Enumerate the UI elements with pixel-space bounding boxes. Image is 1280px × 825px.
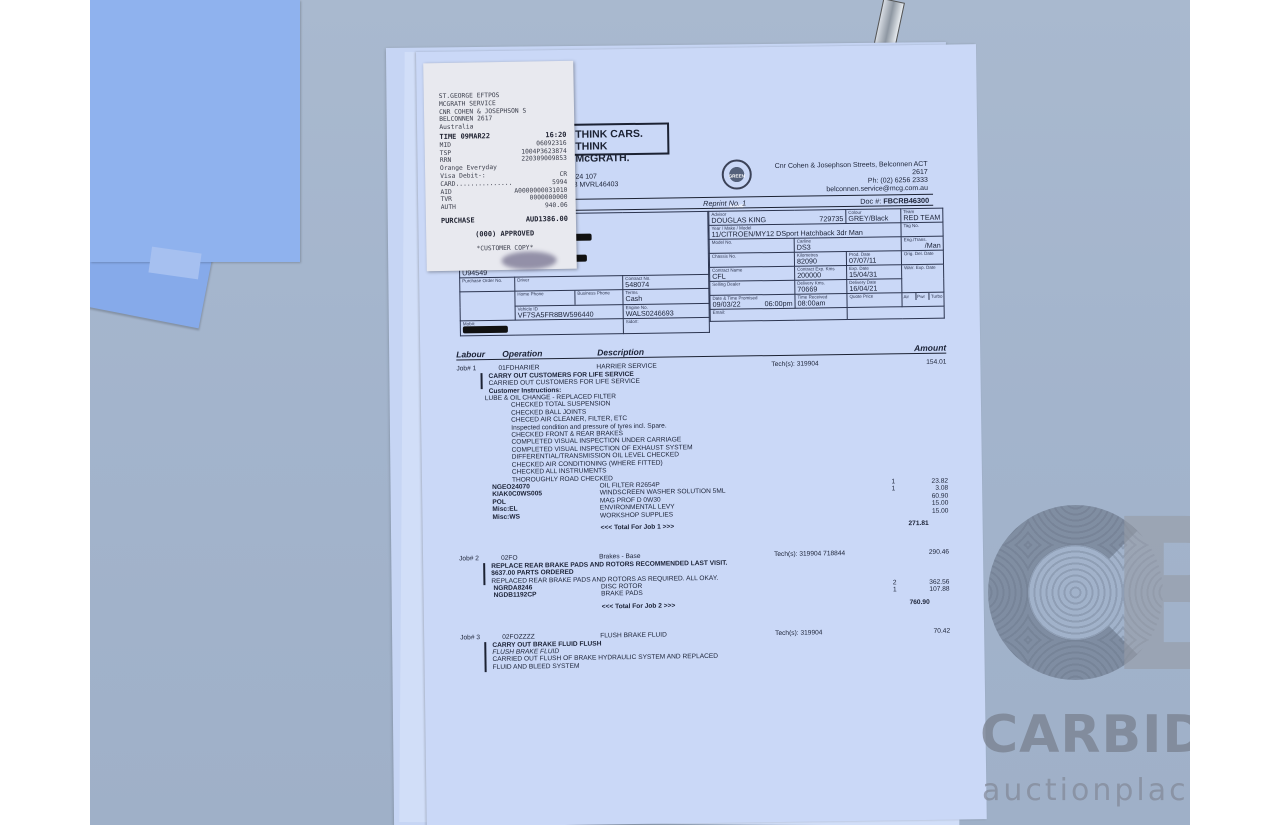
job-label: Job# <box>460 634 474 641</box>
contract-km-cell: Contract Exp. Kms200000 <box>795 266 847 281</box>
time-label: TIME <box>439 133 456 141</box>
part-qty <box>884 508 904 516</box>
page-number: of 2 <box>558 198 703 210</box>
job-label: Job# <box>456 366 470 373</box>
chassis-cell: Chassis No. <box>709 252 794 267</box>
advisor-id: 729735 <box>819 215 843 223</box>
job-no: 2 <box>475 556 479 563</box>
terms-cell: TermsCash <box>623 288 709 304</box>
tag-label: Tag No. <box>903 223 940 229</box>
watermark-sub: auctionplace <box>982 773 1190 808</box>
receipt-key: TVR <box>441 196 453 204</box>
contract-name-cell: Contract NameCFL <box>710 266 795 281</box>
col-labour: Labour <box>456 351 502 359</box>
job-label: Job# <box>459 556 473 563</box>
job-bar <box>483 563 485 585</box>
receipt-key: AID <box>440 188 452 196</box>
warranty-cell: Warr. Exp. Date <box>902 264 944 293</box>
purchase-label: PURCHASE <box>441 217 475 225</box>
col-amount: Amount <box>886 345 946 353</box>
model-label: Model No. <box>712 239 792 245</box>
delivery-date-value: 16/04/21 <box>849 284 899 293</box>
driver-label: Driver <box>517 276 620 282</box>
redacted-mobile <box>463 326 508 334</box>
tech-ids: Tech(s): 319904 <box>775 629 885 638</box>
labour-amount: 154.01 <box>901 359 946 367</box>
parts-list: NGEO24070OIL FILTER R2654P123.82KIAK0C0W… <box>458 478 948 522</box>
watermark-brand: CARBIDS <box>980 705 1190 765</box>
part-amount: 15.00 <box>904 507 949 515</box>
exp-value: 15/04/31 <box>849 270 899 279</box>
dealer-cell: Selling Dealer <box>710 280 795 295</box>
receipt-key: CARD............... <box>440 180 512 189</box>
delivery-date-cell: Delivery Date16/04/21 <box>847 279 902 294</box>
orig-del-cell: Orig. Del. Date <box>901 250 943 265</box>
total-value: 760.90 <box>885 599 930 607</box>
quote-cell: Quote Price <box>847 293 902 308</box>
green-stamp-icon: GREEN STAMP <box>722 159 752 189</box>
colour-value: GREY/Black <box>848 214 898 223</box>
colour-cell: ColourGREY/Black <box>846 209 901 224</box>
total-value: 271.81 <box>884 520 929 528</box>
col-operation: Operation <box>502 349 597 358</box>
home-phone-label: Home Phone <box>515 291 575 306</box>
driver-cell: Driver <box>515 276 623 292</box>
warr-label: Warr. Exp. Date <box>904 265 941 271</box>
km-value: 82090 <box>797 257 844 266</box>
job-3: Job# 3 02FOZZZZ FLUSH BRAKE FLUID Tech(s… <box>460 628 950 672</box>
receipt-key: AUTH <box>441 204 456 212</box>
receipt-date: 09MAR22 <box>460 132 490 141</box>
part-amount: 107.88 <box>905 586 950 594</box>
job-bar <box>480 374 482 390</box>
engtrans-cell: Eng./Trans./Man <box>901 236 943 251</box>
dealer-label: Selling Dealer <box>712 281 792 287</box>
job-total: <<< Total For Job 1 >>> 271.81 <box>459 520 949 534</box>
exp-cell: Exp. Date15/04/31 <box>847 265 902 280</box>
total-label: <<< Total For Job 1 >>> <box>601 520 884 531</box>
part-code: Misc:WS <box>458 512 600 521</box>
loose-paper <box>90 0 300 262</box>
received-value: 08:00am <box>797 299 844 308</box>
approval-status: (000) APPROVED <box>441 230 568 240</box>
terms-value: Cash <box>625 294 706 303</box>
sido-label: Sido#: <box>626 318 707 324</box>
job-2: Job# 2 02FO Brakes - Base Tech(s): 31990… <box>459 549 950 613</box>
phones-cell: Home Phone Business Phone <box>515 290 623 307</box>
tech-ids: Tech(s): 319904 <box>771 360 881 369</box>
promised-date: 09/03/22 <box>712 299 740 308</box>
job-number: Job# 3 <box>460 634 492 642</box>
job-number: Job# 1 <box>456 365 488 373</box>
blank-cell <box>847 306 944 319</box>
engtrans-value: /Man <box>904 242 941 251</box>
promised-cell: Date & Time Promised09/03/22 06:00pm <box>710 294 795 309</box>
receipt-key: MID <box>440 142 452 150</box>
receipt-key: TSP <box>440 149 452 157</box>
customer-copy: *CUSTOMER COPY* <box>441 243 568 253</box>
air-label: Air <box>902 293 916 300</box>
email-cell: Email: <box>710 308 847 322</box>
contract-km-value: 200000 <box>797 271 844 280</box>
business-phone-label: Business Phone <box>575 290 610 304</box>
redaction-smear <box>502 251 557 270</box>
orig-label: Orig. Del. Date <box>904 251 941 257</box>
receipt-header: ST.GEORGE EFTPOSMCGRATH SERVICECNR COHEN… <box>439 91 567 132</box>
turbo-label: Turbo <box>930 293 944 300</box>
job-total: <<< Total For Job 2 >>> 760.90 <box>460 598 950 612</box>
sido-cell: Sido#: <box>623 317 709 333</box>
photo-background: THINK CARS. THINK McGRATH. 3 024 107 108… <box>90 0 1190 825</box>
promised-time: 06:00pm <box>765 300 793 308</box>
part-code: NGDB1192CP <box>460 591 602 600</box>
column-headers: Labour Operation Description Amount <box>456 345 946 361</box>
reprint-number: Reprint No. 1 <box>703 196 853 208</box>
delivery-km-value: 70669 <box>797 285 844 294</box>
part-qty: 1 <box>885 587 905 595</box>
tech-ids: Tech(s): 319904 718844 <box>774 550 884 559</box>
carbids-watermark: B CARBIDS auctionplace <box>980 505 1190 805</box>
team-value: RED TEAM <box>903 214 940 223</box>
received-cell: Time Received08:00am <box>795 294 847 309</box>
job-no: 1 <box>473 366 477 373</box>
eftpos-receipt: ST.GEORGE EFTPOSMCGRATH SERVICECNR COHEN… <box>423 61 577 272</box>
chassis-label: Chassis No. <box>712 253 792 259</box>
receipt-row: AUTH940.06 <box>441 202 568 212</box>
instructions-list: CHECKED TOTAL SUSPENSIONCHECKED BALL JOI… <box>457 396 948 484</box>
receipt-key: RRN <box>440 157 452 165</box>
team-cell: TeamRED TEAM <box>901 208 943 223</box>
contract-no-cell: Contract No.548074 <box>623 274 709 289</box>
fingerprint-c-logo-icon <box>988 505 1163 680</box>
job-lines: Labour Operation Description Amount Job#… <box>456 345 951 680</box>
doc-label: Doc #: <box>860 197 881 206</box>
km-cell: Kilometres82090 <box>794 252 846 267</box>
delivery-km-cell: Delivery Kms.70669 <box>795 280 847 295</box>
spacer <box>830 587 885 595</box>
col-description: Description <box>597 345 886 356</box>
model-cell: Model No. <box>709 238 794 253</box>
po-label: Purchase Order No. <box>462 278 512 284</box>
spacer <box>829 508 884 516</box>
engine-cell: Engine No.WALS0246693 <box>623 303 709 318</box>
advisor-cell: AdvisorDOUGLAS KING 729735 <box>709 210 846 226</box>
doc-number-value: FBCRB46300 <box>883 196 929 206</box>
receipt-rows: MID06092316TSP1004P3623874RRN22030900985… <box>440 140 568 212</box>
dealer-address: Cnr Cohen & Josephson Streets, Belconnen… <box>758 161 928 195</box>
blank-cell <box>460 291 515 321</box>
receipt-value: CR <box>560 171 568 179</box>
labour-amount: 70.42 <box>905 628 950 636</box>
po-cell: Purchase Order No. <box>460 277 515 292</box>
purchase-amount: AUD1386.00 <box>526 216 568 225</box>
receipt-purchase-row: PURCHASE AUD1386.00 <box>441 216 568 226</box>
prod-value: 07/07/11 <box>849 256 899 265</box>
receipt-value: 220309009853 <box>521 155 567 164</box>
tag-cell: Tag No. <box>901 222 943 237</box>
mobile-cell: Mob#: <box>460 319 623 336</box>
document-number: Doc #: FBCRB46300 <box>853 195 933 206</box>
quote-label: Quote Price <box>849 293 899 299</box>
receipt-value: 940.06 <box>545 202 568 210</box>
dealer-logo: THINK CARS. THINK McGRATH. <box>567 122 669 155</box>
vehicle-details-table: AdvisorDOUGLAS KING 729735 ColourGREY/Bl… <box>708 208 945 322</box>
options-cell: AirPwrTurbo <box>902 292 944 307</box>
pwr-label: Pwr <box>916 293 930 300</box>
email-label: Email: <box>713 308 845 315</box>
labour-amount: 290.46 <box>904 549 949 557</box>
logo-line-2: THINK McGRATH. <box>575 140 661 165</box>
job-1: Job# 1 01FDHARIER HARRIER SERVICE Tech(s… <box>456 359 948 534</box>
vehicle-id-cell: Vehicle IDVF7SA5FR8BW596440 <box>515 305 623 321</box>
carline-cell: CarlineDS3 <box>794 237 901 252</box>
prod-cell: Prod. Date07/07/11 <box>846 251 901 266</box>
job-number: Job# 2 <box>459 555 491 563</box>
total-label: <<< Total For Job 2 >>> <box>602 599 885 610</box>
watermark-letter: B <box>1105 509 1190 684</box>
advisor-name: DOUGLAS KING <box>711 215 766 225</box>
job-no: 3 <box>476 634 480 641</box>
